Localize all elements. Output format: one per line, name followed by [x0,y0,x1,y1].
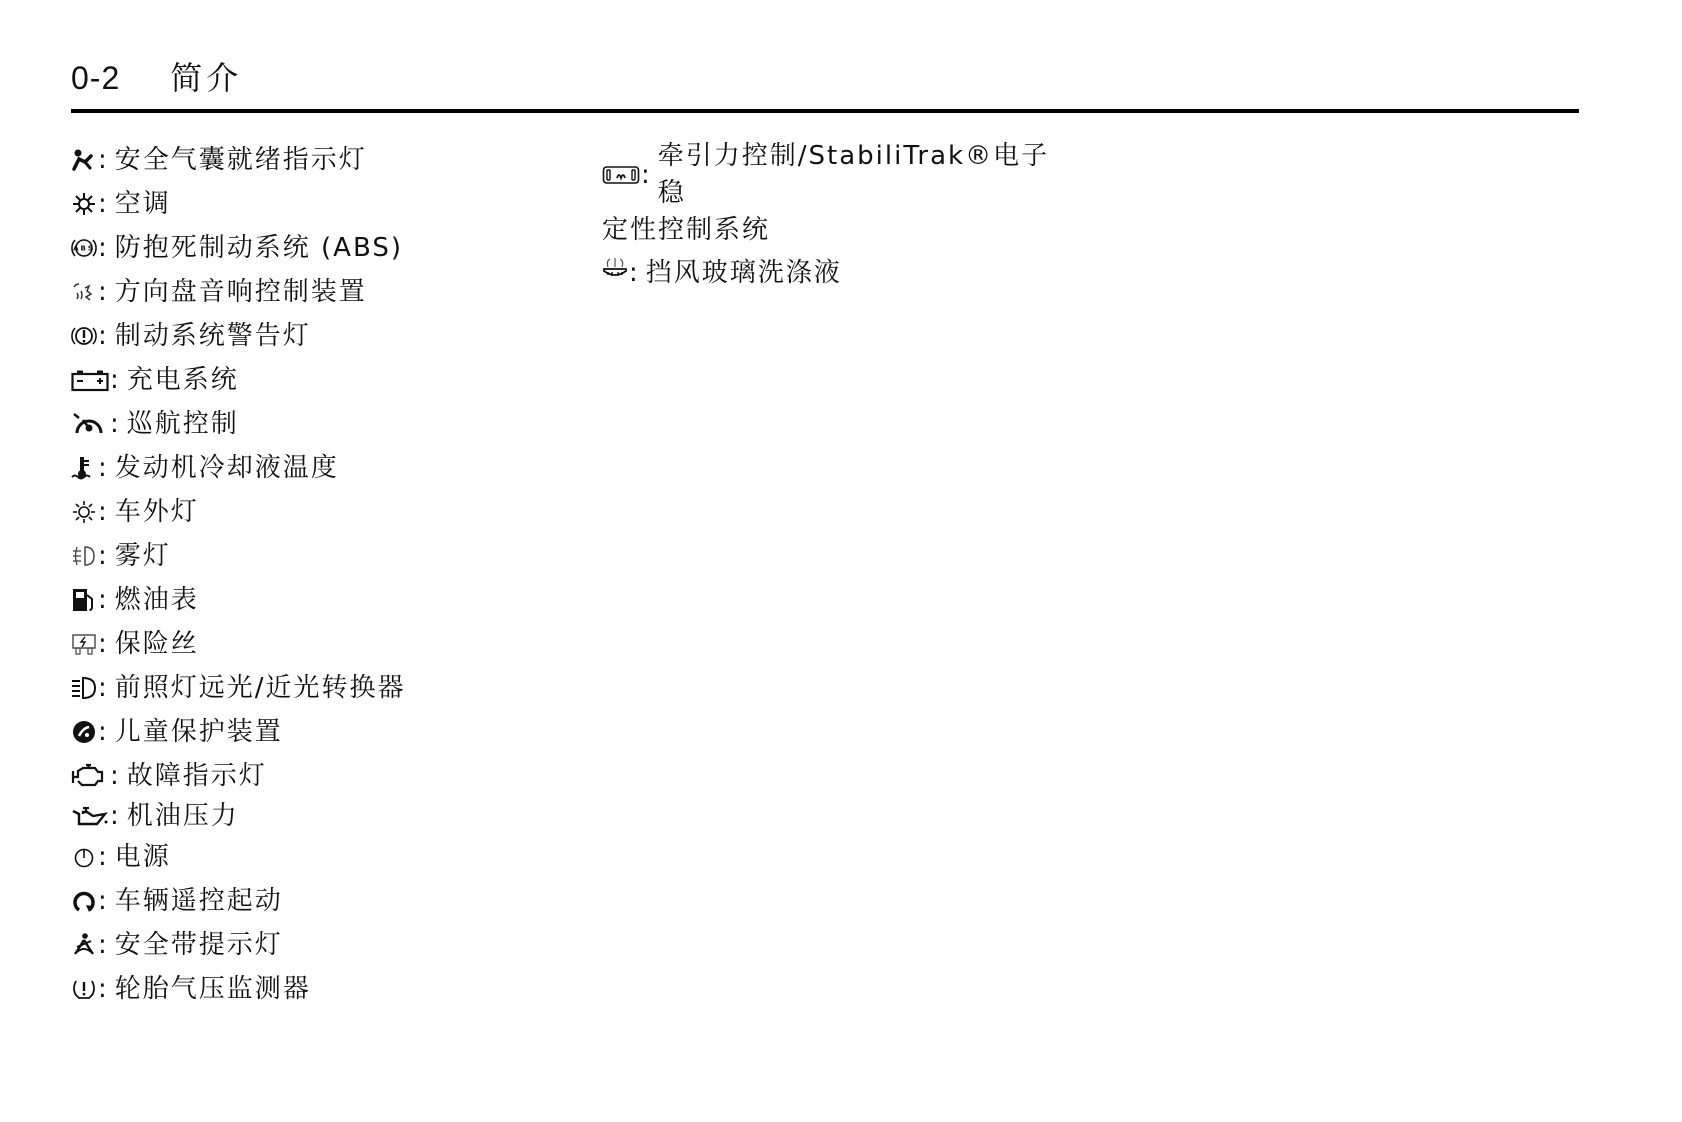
list-item: : 儿童保护装置 [71,710,571,754]
item-label: 防抱死制动系统 (ABS) [115,230,403,267]
item-label: 安全带提示灯 [115,927,283,964]
item-label: 制动系统警告灯 [115,318,311,355]
item-label: 巡航控制 [127,406,239,443]
list-item: : 车外灯 [71,490,571,534]
tire-pressure-icon [71,976,97,1002]
item-label: 车辆遥控起动 [115,883,283,920]
item-label: 发动机冷却液温度 [115,450,339,487]
item-label: 故障指示灯 [127,758,267,795]
page-number: 0-2 [71,56,120,100]
list-item: : 前照灯远光/近光转换器 [71,666,571,710]
list-item: : 巡航控制 [71,402,571,446]
page-header: 0-2 简介 [71,56,242,100]
airbag-readiness-icon [71,147,97,173]
traction-control-icon [602,162,640,188]
list-item: : 保险丝 [71,622,571,666]
item-label: 车外灯 [115,494,199,531]
seatbelt-icon [71,932,97,958]
battery-icon [71,367,109,393]
header-rule [71,109,1579,113]
item-label: 前照灯远光/近光转换器 [115,670,406,707]
coolant-temperature-icon [71,455,97,481]
headlamp-beam-icon [71,675,97,701]
list-item: : 安全带提示灯 [71,923,571,967]
washer-fluid-icon [602,255,628,281]
symbol-list-left: : 安全气囊就绪指示灯 : 空调 ABS : 防抱死制动系统 (ABS) : 方… [71,138,571,1011]
steering-wheel-audio-icon [71,279,97,305]
list-item: : 充电系统 [71,358,571,402]
list-item: : 制动系统警告灯 [71,314,571,358]
list-item: : 机油压力 [71,798,571,835]
oil-pressure-icon [71,804,109,830]
fuel-gauge-icon [71,587,97,613]
item-label: 空调 [115,186,171,223]
item-label: 挡风玻璃洗涤液 [646,255,842,292]
child-restraint-icon [71,719,97,745]
cruise-control-icon [71,411,109,437]
brake-warning-icon [71,323,97,349]
item-label: 充电系统 [127,362,239,399]
svg-text:ABS: ABS [73,245,95,253]
item-label: 雾灯 [115,538,171,575]
list-item: : 方向盘音响控制装置 [71,270,571,314]
list-item: : 车辆遥控起动 [71,879,571,923]
item-label: 电源 [115,839,171,876]
item-label: 方向盘音响控制装置 [115,274,367,311]
list-item: : 轮胎气压监测器 [71,967,571,1011]
list-item: : 故障指示灯 [71,754,571,798]
fuse-icon [71,631,97,657]
list-item: ABS : 防抱死制动系统 (ABS) [71,226,571,270]
list-item: : 牵引力控制/StabiliTrak®电子稳 定性控制系统 [602,138,1072,249]
exterior-lamp-icon [71,499,97,525]
air-conditioning-icon [71,191,97,217]
item-label: 轮胎气压监测器 [115,971,311,1008]
item-label-line1: 牵引力控制/StabiliTrak®电子稳 [658,138,1072,212]
list-item: : 挡风玻璃洗涤液 [602,255,1072,297]
list-item: : 电源 [71,835,571,879]
item-label-line2: 定性控制系统 [602,212,1072,249]
symbol-list-right: : 牵引力控制/StabiliTrak®电子稳 定性控制系统 : 挡风玻璃洗涤液 [602,138,1072,297]
remote-start-icon [71,888,97,914]
item-label: 安全气囊就绪指示灯 [115,142,367,179]
list-item: : 发动机冷却液温度 [71,446,571,490]
abs-icon: ABS [71,235,97,261]
item-label: 燃油表 [115,582,199,619]
check-engine-icon [71,763,109,789]
list-item: : 燃油表 [71,578,571,622]
fog-lamp-icon [71,543,97,569]
power-icon [71,844,97,870]
item-label: 儿童保护装置 [115,714,283,751]
list-item: : 雾灯 [71,534,571,578]
item-label: 保险丝 [115,626,199,663]
list-item: : 空调 [71,182,571,226]
page-title: 简介 [170,56,242,100]
item-label: 机油压力 [127,798,239,835]
list-item: : 安全气囊就绪指示灯 [71,138,571,182]
